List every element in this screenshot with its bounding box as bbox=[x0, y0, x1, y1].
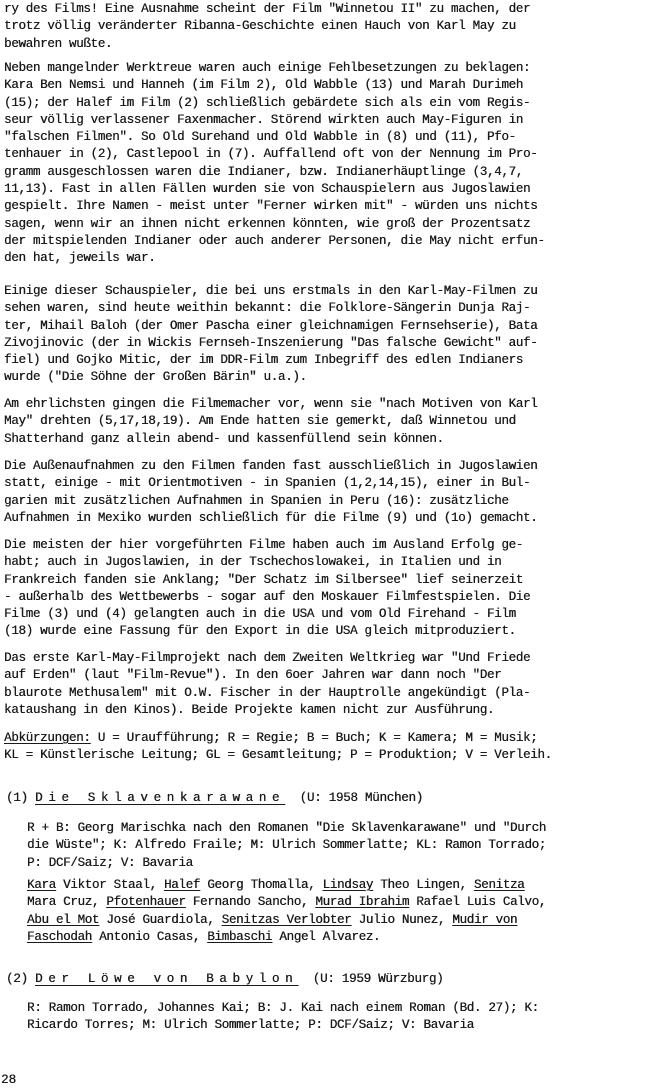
film-entry-heading: (2) Der Löwe von Babylon (U: 1959 Würzbu… bbox=[6, 971, 443, 988]
cast-actor: Fernando Sancho, bbox=[186, 895, 316, 909]
cast-role: Senitza bbox=[474, 878, 524, 892]
film-title: Die Sklavenkarawane bbox=[35, 791, 285, 805]
cast-actor: Antonio Casas, bbox=[92, 930, 207, 944]
abbreviations-line1: U = Uraufführung; R = Regie; B = Buch; K… bbox=[91, 731, 538, 745]
cast-actor: José Guardiola, bbox=[99, 913, 222, 927]
film-cast: Kara Viktor Staal, Halef Georg Thomalla,… bbox=[27, 877, 672, 946]
film-credits: R: Ramon Torrado, Johannes Kai; B: J. Ka… bbox=[27, 1000, 672, 1035]
paragraph-winnetou-ii: ry des Films! Eine Ausnahme scheint der … bbox=[4, 1, 530, 53]
film-credits: R + B: Georg Marischka nach den Romanen … bbox=[27, 820, 672, 872]
cast-actor: Mara Cruz, bbox=[27, 895, 106, 909]
cast-actor: Julio Nunez, bbox=[351, 913, 452, 927]
film-entry-heading: (1) Die Sklavenkarawane (U: 1958 München… bbox=[6, 790, 423, 807]
abbreviations-line2: KL = Künstlerische Leitung; GL = Gesamtl… bbox=[4, 748, 552, 762]
paragraph-ausland-erfolg: Die meisten der hier vorgeführten Filme … bbox=[4, 537, 530, 641]
cast-actor: Viktor Staal, bbox=[56, 878, 164, 892]
film-premiere: (U: 1959 Würzburg) bbox=[313, 972, 444, 986]
film-number: (1) bbox=[6, 791, 28, 805]
cast-role: Kara bbox=[27, 878, 56, 892]
cast-role: Senitzas Verlobter bbox=[222, 913, 352, 927]
paragraph-fehlbesetzungen: Neben mangelnder Werktreue waren auch ei… bbox=[4, 60, 545, 268]
cast-role: Pfotenhauer bbox=[106, 895, 185, 909]
paragraph-filmprojekte: Das erste Karl-May-Filmprojekt nach dem … bbox=[4, 650, 530, 719]
cast-actor: Angel Alvarez. bbox=[272, 930, 380, 944]
page-number: 28 bbox=[1, 1072, 16, 1088]
abbreviations-label: Abkürzungen: bbox=[4, 731, 91, 745]
paragraph-aussenaufnahmen: Die Außenaufnahmen zu den Filmen fanden … bbox=[4, 458, 537, 527]
cast-role: Abu el Mot bbox=[27, 913, 99, 927]
cast-actor: Georg Thomalla, bbox=[200, 878, 323, 892]
film-number: (2) bbox=[6, 972, 28, 986]
film-title: Der Löwe von Babylon bbox=[35, 972, 298, 986]
cast-actor: Theo Lingen, bbox=[373, 878, 474, 892]
cast-role: Halef bbox=[164, 878, 200, 892]
cast-actor: Rafael Luis Calvo, bbox=[409, 895, 546, 909]
cast-role: Bimbaschi bbox=[207, 930, 272, 944]
cast-role: Lindsay bbox=[323, 878, 373, 892]
cast-role: Murad Ibrahim bbox=[315, 895, 409, 909]
abbreviations-legend: Abkürzungen: U = Uraufführung; R = Regie… bbox=[4, 730, 552, 765]
paragraph-schauspieler: Einige dieser Schauspieler, die bei uns … bbox=[4, 283, 537, 387]
film-premiere: (U: 1958 München) bbox=[300, 791, 423, 805]
paragraph-nach-motiven: Am ehrlichsten gingen die Filmemacher vo… bbox=[4, 396, 537, 448]
